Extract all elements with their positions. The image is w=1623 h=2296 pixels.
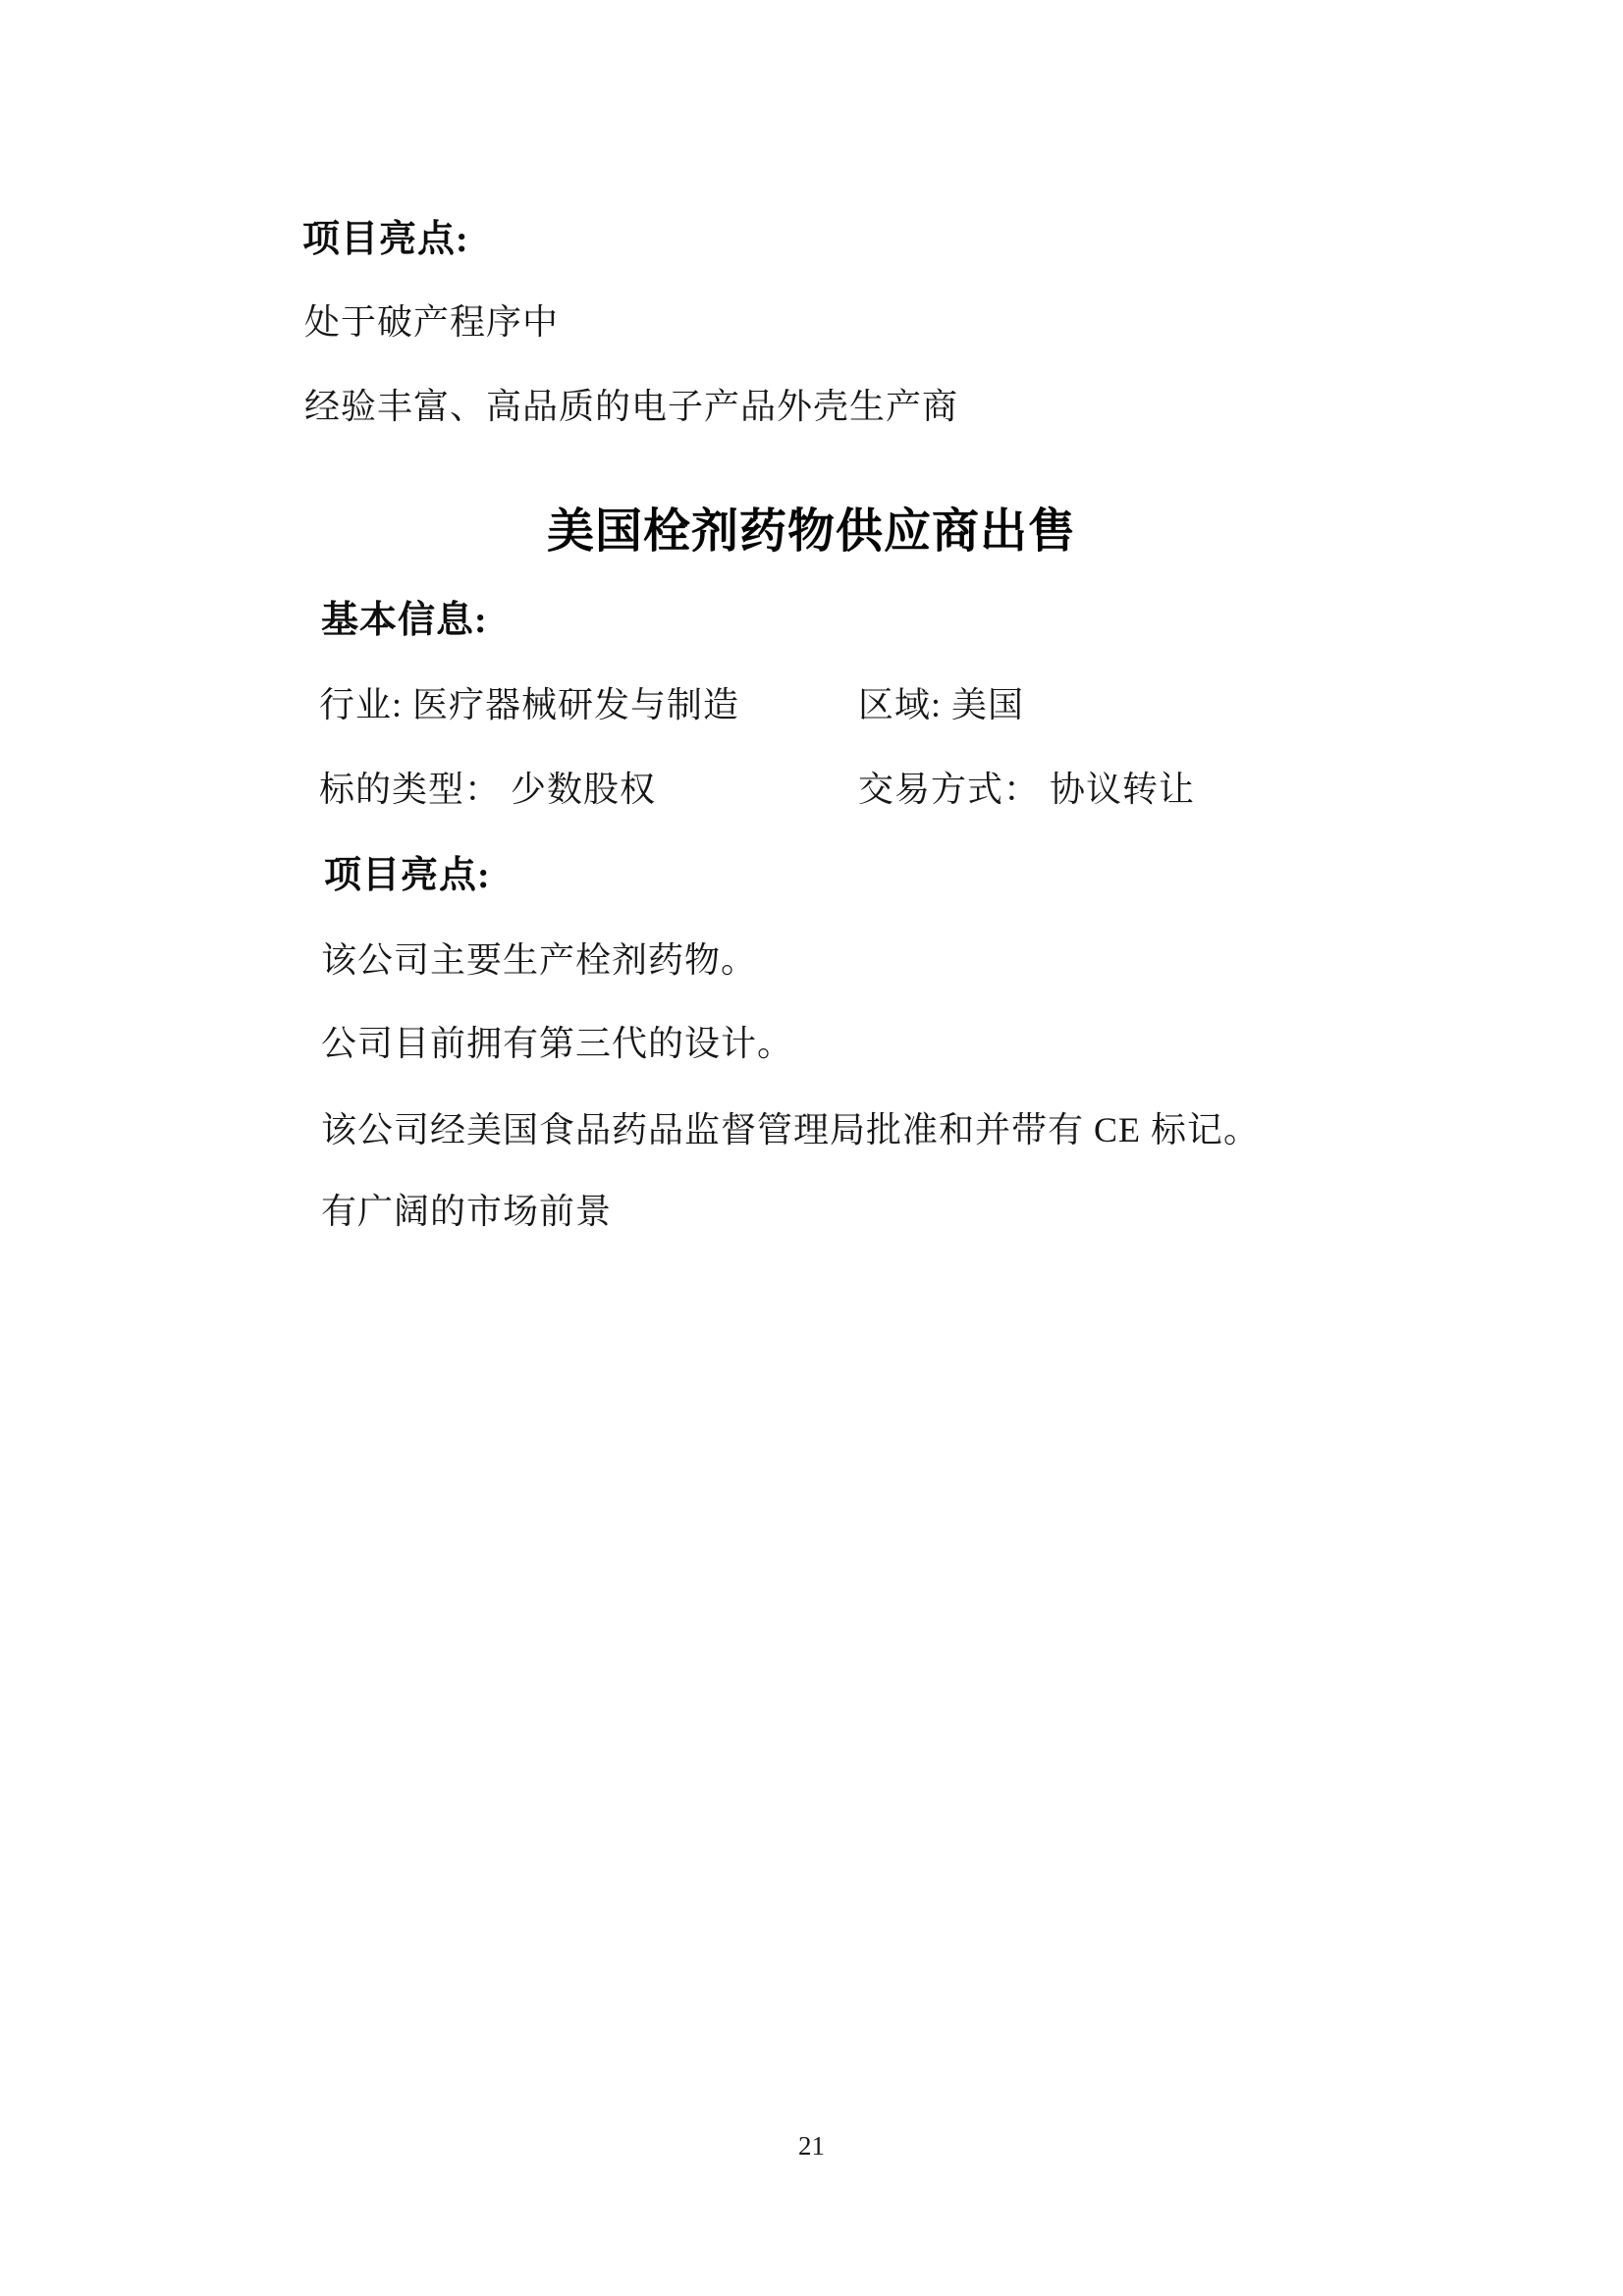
basic-info-industry: 行业: 医疗器械研发与制造 [319, 686, 739, 725]
highlight-line: 该公司经美国食品药品监督管理局批准和并带有 CE 标记。 [321, 1111, 1260, 1150]
highlight-line: 该公司主要生产栓剂药物。 [321, 941, 757, 981]
basic-info-heading: 基本信息: [321, 601, 488, 642]
highlight-line: 公司目前拥有第三代的设计。 [321, 1025, 793, 1064]
listing-title: 美国栓剂药物供应商出售 [0, 507, 1623, 559]
basic-info-region: 区域: 美国 [858, 686, 1024, 725]
page-number: 21 [0, 2132, 1623, 2162]
basic-info-target-type: 标的类型： 少数股权 [319, 771, 656, 810]
highlights-heading: 项目亮点: [324, 856, 491, 897]
intro-highlights-heading: 项目亮点: [302, 220, 469, 261]
intro-highlight-line: 处于破产程序中 [304, 303, 559, 343]
highlight-line: 有广阔的市场前景 [321, 1193, 612, 1232]
document-page: 项目亮点: 处于破产程序中 经验丰富、高品质的电子产品外壳生产商 美国栓剂药物供… [0, 0, 1623, 2296]
basic-info-deal-method: 交易方式： 协议转让 [858, 771, 1195, 810]
intro-highlight-line: 经验丰富、高品质的电子产品外壳生产商 [304, 388, 958, 427]
